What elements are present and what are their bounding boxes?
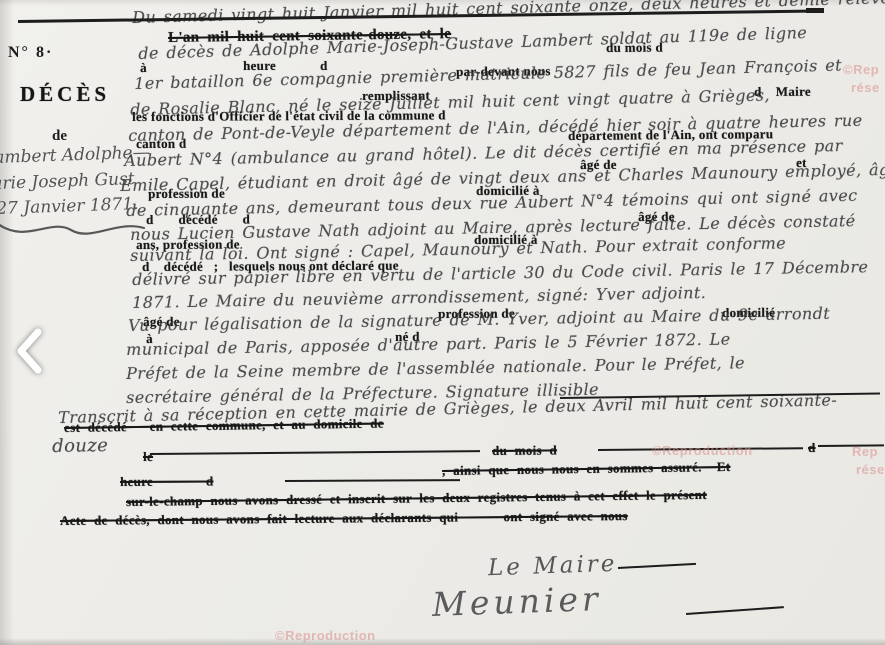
- handwritten-text-line: Préfet de la Seine membre de l'assemblée…: [126, 353, 745, 383]
- signature-title: Le Maire: [488, 551, 618, 582]
- scan-edge-bottom: [0, 638, 885, 645]
- act-title: DÉCÈS: [20, 82, 110, 107]
- handwritten-text-line: douze: [52, 435, 108, 457]
- ink-rule-line: [285, 479, 460, 482]
- act-of-label: de: [52, 128, 67, 145]
- reproduction-watermark: Rep: [852, 444, 878, 459]
- ink-rule-line: [806, 8, 824, 13]
- printed-form-text: sur-le-champ nous avons dressé et inscri…: [126, 487, 707, 510]
- margin-name-line: arie Joseph Gust: [0, 169, 135, 194]
- ink-rule-line: [150, 450, 480, 455]
- printed-form-text: d: [808, 440, 816, 456]
- mayor-signature: Meunier: [431, 579, 602, 624]
- printed-form-text: Acte de décès, dont nous avons fait lect…: [60, 508, 628, 529]
- reproduction-watermark: rése: [851, 80, 880, 95]
- ink-rule-line: [686, 606, 784, 615]
- act-number: N° 8·: [8, 44, 53, 62]
- printed-form-text: , ainsi que nous nous en sommes assuré. …: [442, 459, 731, 479]
- chevron-left-icon: [13, 364, 47, 379]
- reproduction-watermark: rése: [856, 462, 885, 477]
- printed-form-text: le: [143, 449, 153, 465]
- printed-form-text: du mois d: [492, 442, 557, 459]
- scan-edge-left: [0, 0, 14, 645]
- reproduction-watermark: ©Rep: [843, 62, 879, 77]
- printed-form-text: heure d: [120, 474, 214, 490]
- death-record-scan-viewer: N° 8· DÉCÈS de L'an mil huit cent soixan…: [0, 0, 885, 645]
- ink-rule-line: [618, 563, 696, 569]
- reproduction-watermark: ©Reproduction: [275, 628, 376, 643]
- previous-page-button[interactable]: [12, 326, 48, 378]
- reproduction-watermark: ©Reproduction: [652, 443, 753, 458]
